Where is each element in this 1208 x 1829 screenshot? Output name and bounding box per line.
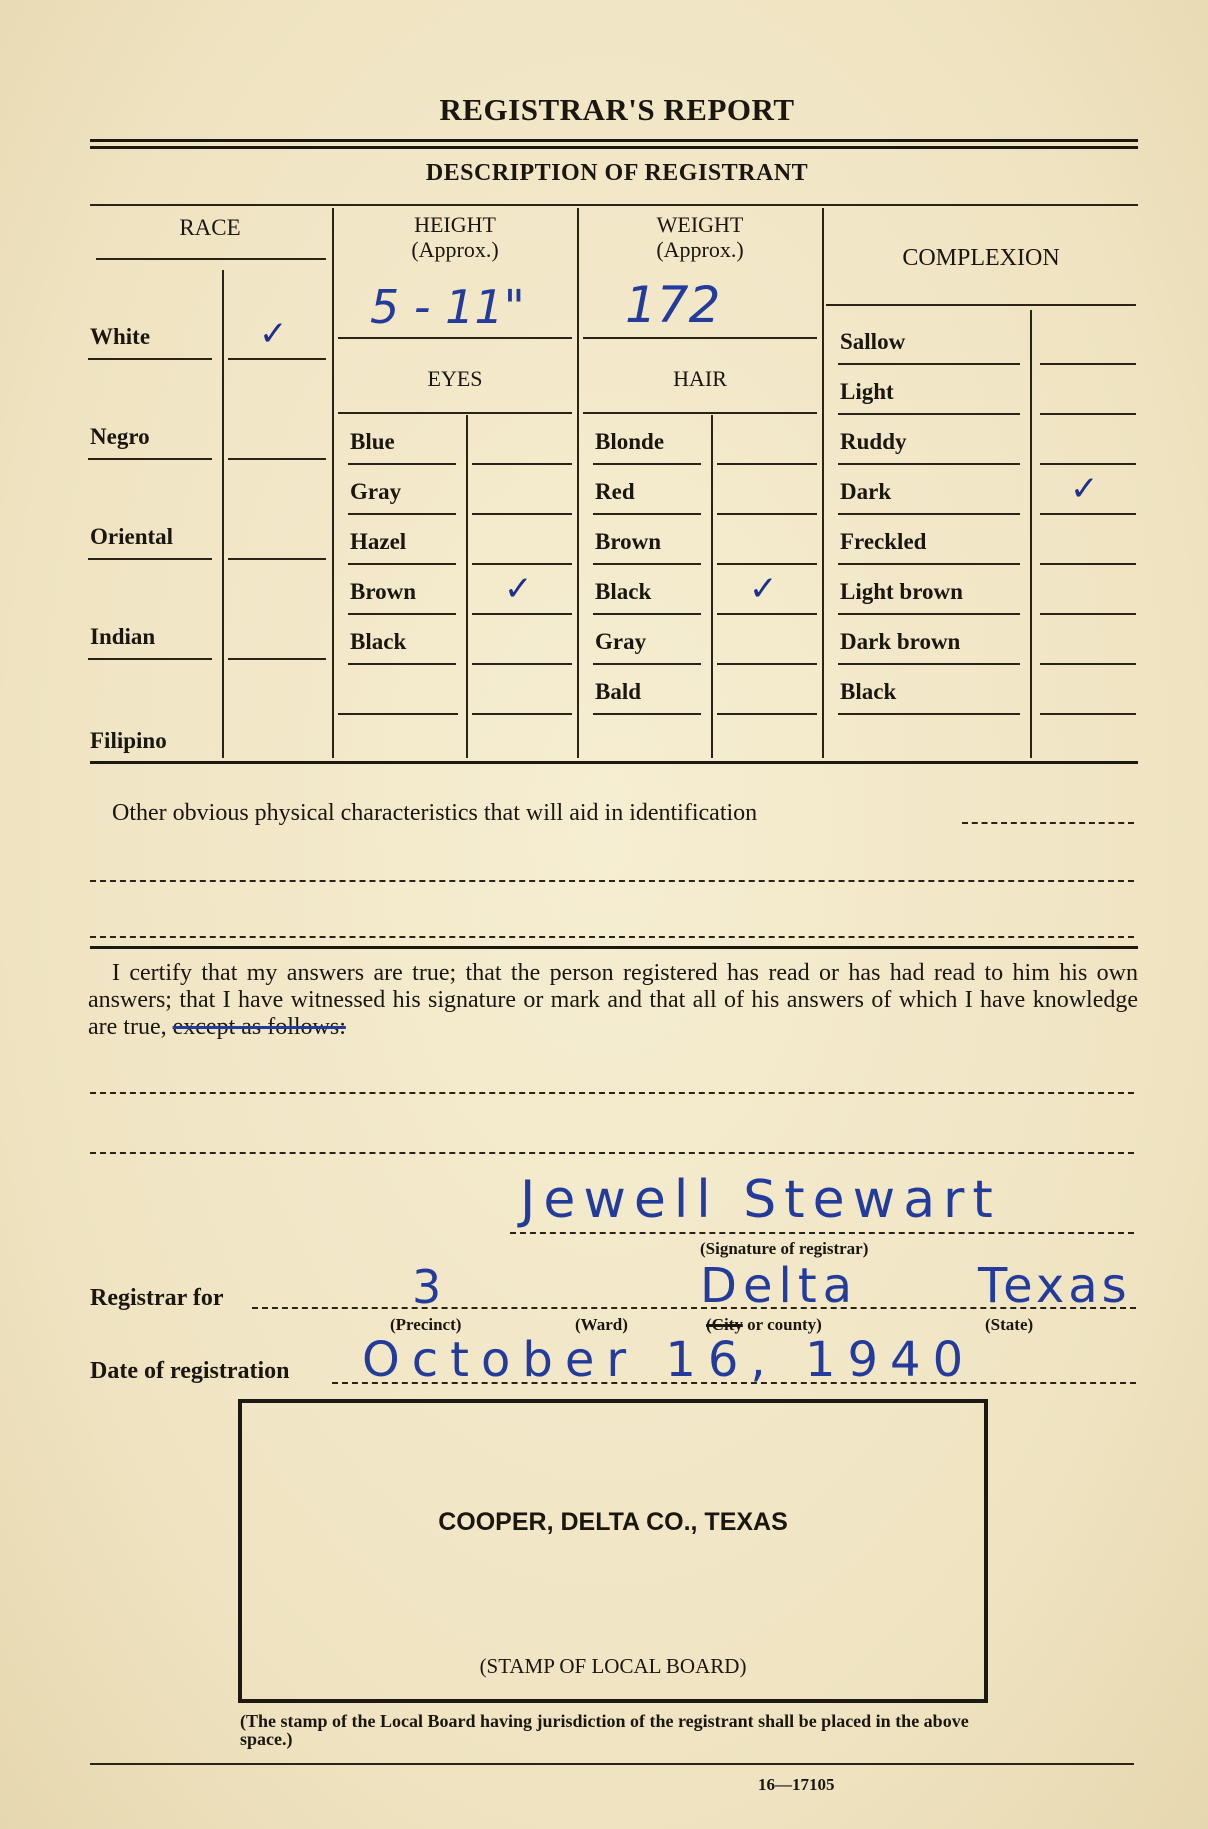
eyes-checkbox-brown[interactable] [472,613,572,615]
weight-approx: (Approx.) [580,238,820,261]
eyes-checkbox-hazel[interactable] [472,563,572,565]
hair-row-rule [593,663,701,665]
eyes-row-rule [348,663,456,665]
complexion-row-rule [838,663,1020,665]
race-header: RACE [90,216,330,240]
eyes-option-label: Brown [350,579,416,605]
complexion-option-label: Sallow [840,329,905,355]
complexion-header-rule [826,304,1136,306]
complexion-checkbox-ruddy[interactable] [1040,463,1136,465]
eyes-row-rule [348,563,456,565]
height-value-rule [338,337,572,339]
race-row-rule [88,558,212,560]
eyes-row-rule [472,713,572,715]
race-checkbox-indian[interactable] [228,658,326,660]
weight-value[interactable]: 172 [625,276,720,334]
complexion-row-rule [838,463,1020,465]
hair-checkbox-gray[interactable] [717,663,817,665]
col-divider [332,208,334,758]
state-value[interactable]: Texas [978,1258,1131,1314]
race-option-label: Oriental [90,524,173,550]
race-header-rule [96,258,326,260]
complexion-check-mark-icon: ✓ [1070,469,1099,509]
complexion-option-label: Dark brown [840,629,960,655]
complexion-option-label: Dark [840,479,891,505]
complexion-option-label: Black [840,679,896,705]
eyes-option-label: Gray [350,479,401,505]
eyes-checkbox-black[interactable] [472,663,572,665]
county-value[interactable]: Delta [700,1258,858,1314]
registration-date[interactable]: October 16, 1940 [362,1332,975,1388]
complexion-option-label: Freckled [840,529,926,555]
stamp-note: (The stamp of the Local Board having jur… [240,1712,1000,1748]
eyes-row-rule [338,713,458,715]
form-number: 16—17105 [758,1775,835,1795]
eyes-checkbox-blue[interactable] [472,463,572,465]
race-row-rule [88,358,212,360]
hair-option-label: Red [595,479,635,505]
race-row-rule [88,658,212,660]
race-option-label: Indian [90,624,155,650]
eyes-option-label: Hazel [350,529,406,555]
weight-value-rule [583,337,817,339]
hair-row-rule [593,713,701,715]
hair-row-rule [593,613,701,615]
height-value[interactable]: 5 - 11" [370,280,525,334]
eyes-row-rule [348,513,456,515]
complexion-row-rule [838,713,1020,715]
complexion-row-rule [838,613,1020,615]
complexion-check-divider [1030,310,1032,758]
section-rule [90,946,1138,949]
hair-checkbox-black[interactable] [717,613,817,615]
complexion-row-rule [838,413,1020,415]
hair-header-rule [583,412,817,414]
local-board-stamp: COOPER, DELTA CO., TEXAS [238,1508,988,1537]
eyes-option-label: Black [350,629,406,655]
complexion-row-rule [838,363,1020,365]
table-bottom-rule [90,761,1138,764]
hair-row-rule [593,563,701,565]
hair-checkbox-brown[interactable] [717,563,817,565]
other-characteristics-line-2[interactable] [90,880,1134,882]
hair-checkbox-bald[interactable] [717,713,817,715]
hair-check-divider [711,415,713,758]
complexion-checkbox-freckled[interactable] [1040,563,1136,565]
hair-option-label: Bald [595,679,641,705]
title-rule-1 [90,139,1138,142]
signature-line [510,1232,1134,1234]
height-header: HEIGHT [335,213,575,236]
registrars-report-card: REGISTRAR'S REPORT DESCRIPTION OF REGIST… [0,0,1208,1829]
footer-rule [90,1763,1134,1765]
complexion-option-label: Ruddy [840,429,906,455]
complexion-option-label: Light [840,379,894,405]
eyes-header-rule [338,412,572,414]
race-check-divider [222,270,224,758]
hair-option-label: Gray [595,629,646,655]
race-option-label: Negro [90,424,150,450]
state-label: (State) [985,1315,1033,1335]
complexion-checkbox-black[interactable] [1040,713,1136,715]
hair-checkbox-blonde[interactable] [717,463,817,465]
hair-option-label: Brown [595,529,661,555]
table-top-rule [90,204,1138,206]
hair-option-label: Blonde [595,429,664,455]
hair-option-label: Black [595,579,651,605]
eyes-check-mark-icon: ✓ [504,569,533,609]
section-subtitle: DESCRIPTION OF REGISTRANT [0,160,1208,187]
race-option-label: Filipino [90,728,167,754]
race-checkbox-negro[interactable] [228,458,326,460]
race-row-rule [88,458,212,460]
other-characteristics-label: Other obvious physical characteristics t… [112,800,757,827]
signature-label: (Signature of registrar) [700,1239,868,1259]
hair-check-mark-icon: ✓ [749,569,778,609]
race-option-label: White [90,324,150,350]
exceptions-line-1[interactable] [90,1092,1134,1094]
complexion-checkbox-dark-brown[interactable] [1040,663,1136,665]
weight-header: WEIGHT [580,213,820,236]
race-check-mark-icon: ✓ [259,314,288,354]
hair-header: HAIR [580,367,820,390]
certification-text: I certify that my answers are true; that… [88,960,1138,1041]
col-divider [822,208,824,758]
eyes-checkbox-gray[interactable] [472,513,572,515]
hair-row-rule [593,513,701,515]
complexion-checkbox-light-brown[interactable] [1040,613,1136,615]
date-label: Date of registration [90,1358,290,1385]
title-rule-2 [90,146,1138,149]
col-divider [577,208,579,758]
registrar-for-label: Registrar for [90,1285,224,1312]
other-characteristics-line-3[interactable] [90,936,1134,938]
struck-except-as-follows: except as follows: [173,1014,346,1040]
eyes-header: EYES [335,367,575,390]
race-checkbox-white[interactable] [228,358,326,360]
exceptions-line-2[interactable] [90,1152,1134,1154]
precinct-value[interactable]: 3 [412,1260,441,1314]
report-title: REGISTRAR'S REPORT [0,92,1208,128]
complexion-row-rule [838,513,1020,515]
complexion-header: COMPLEXION [826,246,1136,271]
complexion-row-rule [838,563,1020,565]
eyes-row-rule [348,463,456,465]
race-checkbox-oriental[interactable] [228,558,326,560]
registrar-signature[interactable]: Jewell Stewart [520,1170,1001,1230]
height-approx: (Approx.) [335,238,575,261]
complexion-option-label: Light brown [840,579,963,605]
other-characteristics-field[interactable] [962,822,1134,824]
hair-row-rule [593,463,701,465]
stamp-label: (STAMP OF LOCAL BOARD) [238,1654,988,1679]
eyes-row-rule [348,613,456,615]
complexion-checkbox-sallow[interactable] [1040,363,1136,365]
eyes-check-divider [466,415,468,758]
complexion-checkbox-light[interactable] [1040,413,1136,415]
complexion-checkbox-dark[interactable] [1040,513,1136,515]
hair-checkbox-red[interactable] [717,513,817,515]
eyes-option-label: Blue [350,429,395,455]
